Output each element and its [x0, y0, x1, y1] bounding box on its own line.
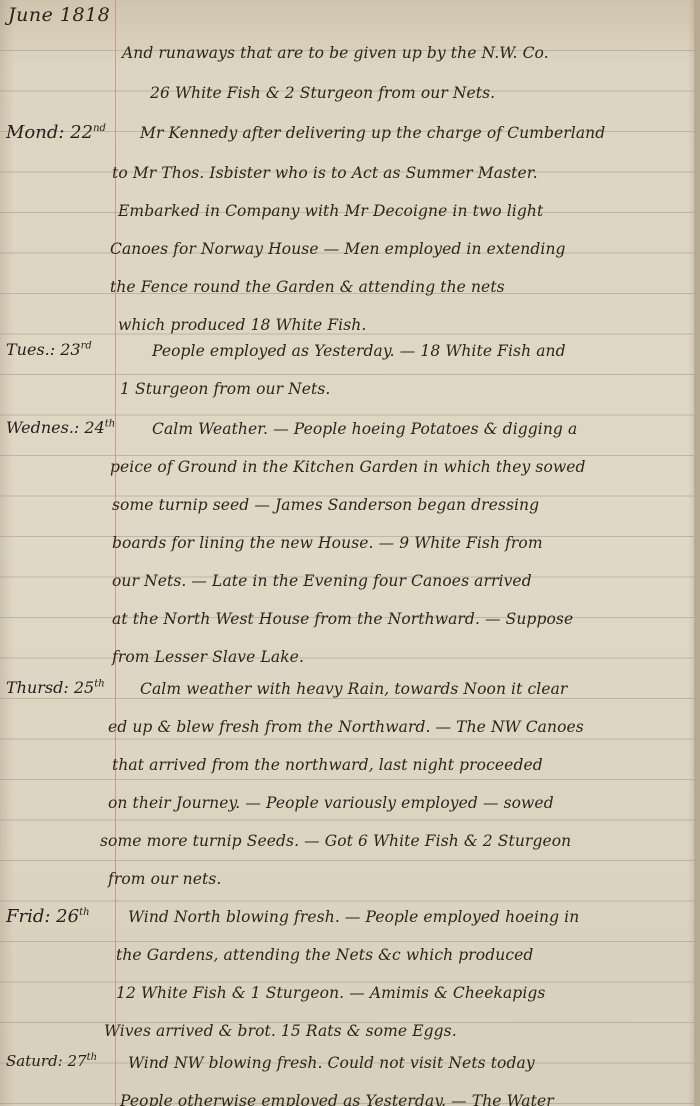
page-header-date: June 1818 [8, 4, 110, 26]
journal-line: on their Journey. — People variously emp… [108, 794, 554, 812]
journal-line: Embarked in Company with Mr Decoigne in … [118, 202, 543, 220]
journal-line: People otherwise employed as Yesterday. … [120, 1092, 554, 1106]
entry-day-label: Mond: 22nd [6, 122, 106, 143]
entry-day-label: Tues.: 23rd [6, 340, 92, 359]
journal-line: 12 White Fish & 1 Sturgeon. — Amimis & C… [116, 984, 545, 1002]
journal-line: People employed as Yesterday. — 18 White… [152, 342, 566, 360]
journal-line: Canoes for Norway House — Men employed i… [110, 240, 566, 258]
page-edge [694, 0, 700, 1106]
journal-line: some more turnip Seeds. — Got 6 White Fi… [100, 832, 571, 850]
journal-line: some turnip seed — James Sanderson began… [112, 496, 539, 514]
journal-line: the Fence round the Garden & attending t… [110, 278, 505, 296]
journal-line: Wind NW blowing fresh. Could not visit N… [128, 1054, 535, 1072]
entry-day-label: Frid: 26th [6, 906, 90, 927]
journal-line: at the North West House from the Northwa… [112, 610, 573, 628]
journal-line: Calm weather with heavy Rain, towards No… [140, 680, 567, 698]
journal-line: Wives arrived & brot. 15 Rats & some Egg… [104, 1022, 457, 1040]
journal-line: from our nets. [108, 870, 221, 888]
journal-line: 1 Sturgeon from our Nets. [120, 380, 330, 398]
journal-line: ed up & blew fresh from the Northward. —… [108, 718, 584, 736]
journal-line: 26 White Fish & 2 Sturgeon from our Nets… [150, 84, 495, 102]
journal-page: June 1818 And runaways that are to be gi… [0, 0, 700, 1106]
journal-line: that arrived from the northward, last ni… [112, 756, 543, 774]
journal-line: Calm Weather. — People hoeing Potatoes &… [152, 420, 577, 438]
journal-line: the Gardens, attending the Nets &c which… [116, 946, 533, 964]
journal-line: our Nets. — Late in the Evening four Can… [112, 572, 532, 590]
journal-line: Wind North blowing fresh. — People emplo… [128, 908, 579, 926]
entry-day-label: Saturd: 27th [6, 1052, 97, 1070]
journal-line: peice of Ground in the Kitchen Garden in… [110, 458, 586, 476]
journal-line: boards for lining the new House. — 9 Whi… [112, 534, 543, 552]
journal-line: to Mr Thos. Isbister who is to Act as Su… [112, 164, 538, 182]
journal-line: which produced 18 White Fish. [118, 316, 366, 334]
journal-line: Mr Kennedy after delivering up the charg… [140, 124, 605, 142]
entry-day-label: Thursd: 25th [6, 678, 105, 697]
entry-day-label: Wednes.: 24th [6, 418, 115, 437]
journal-line: And runaways that are to be given up by … [122, 44, 549, 62]
journal-line: from Lesser Slave Lake. [112, 648, 304, 666]
